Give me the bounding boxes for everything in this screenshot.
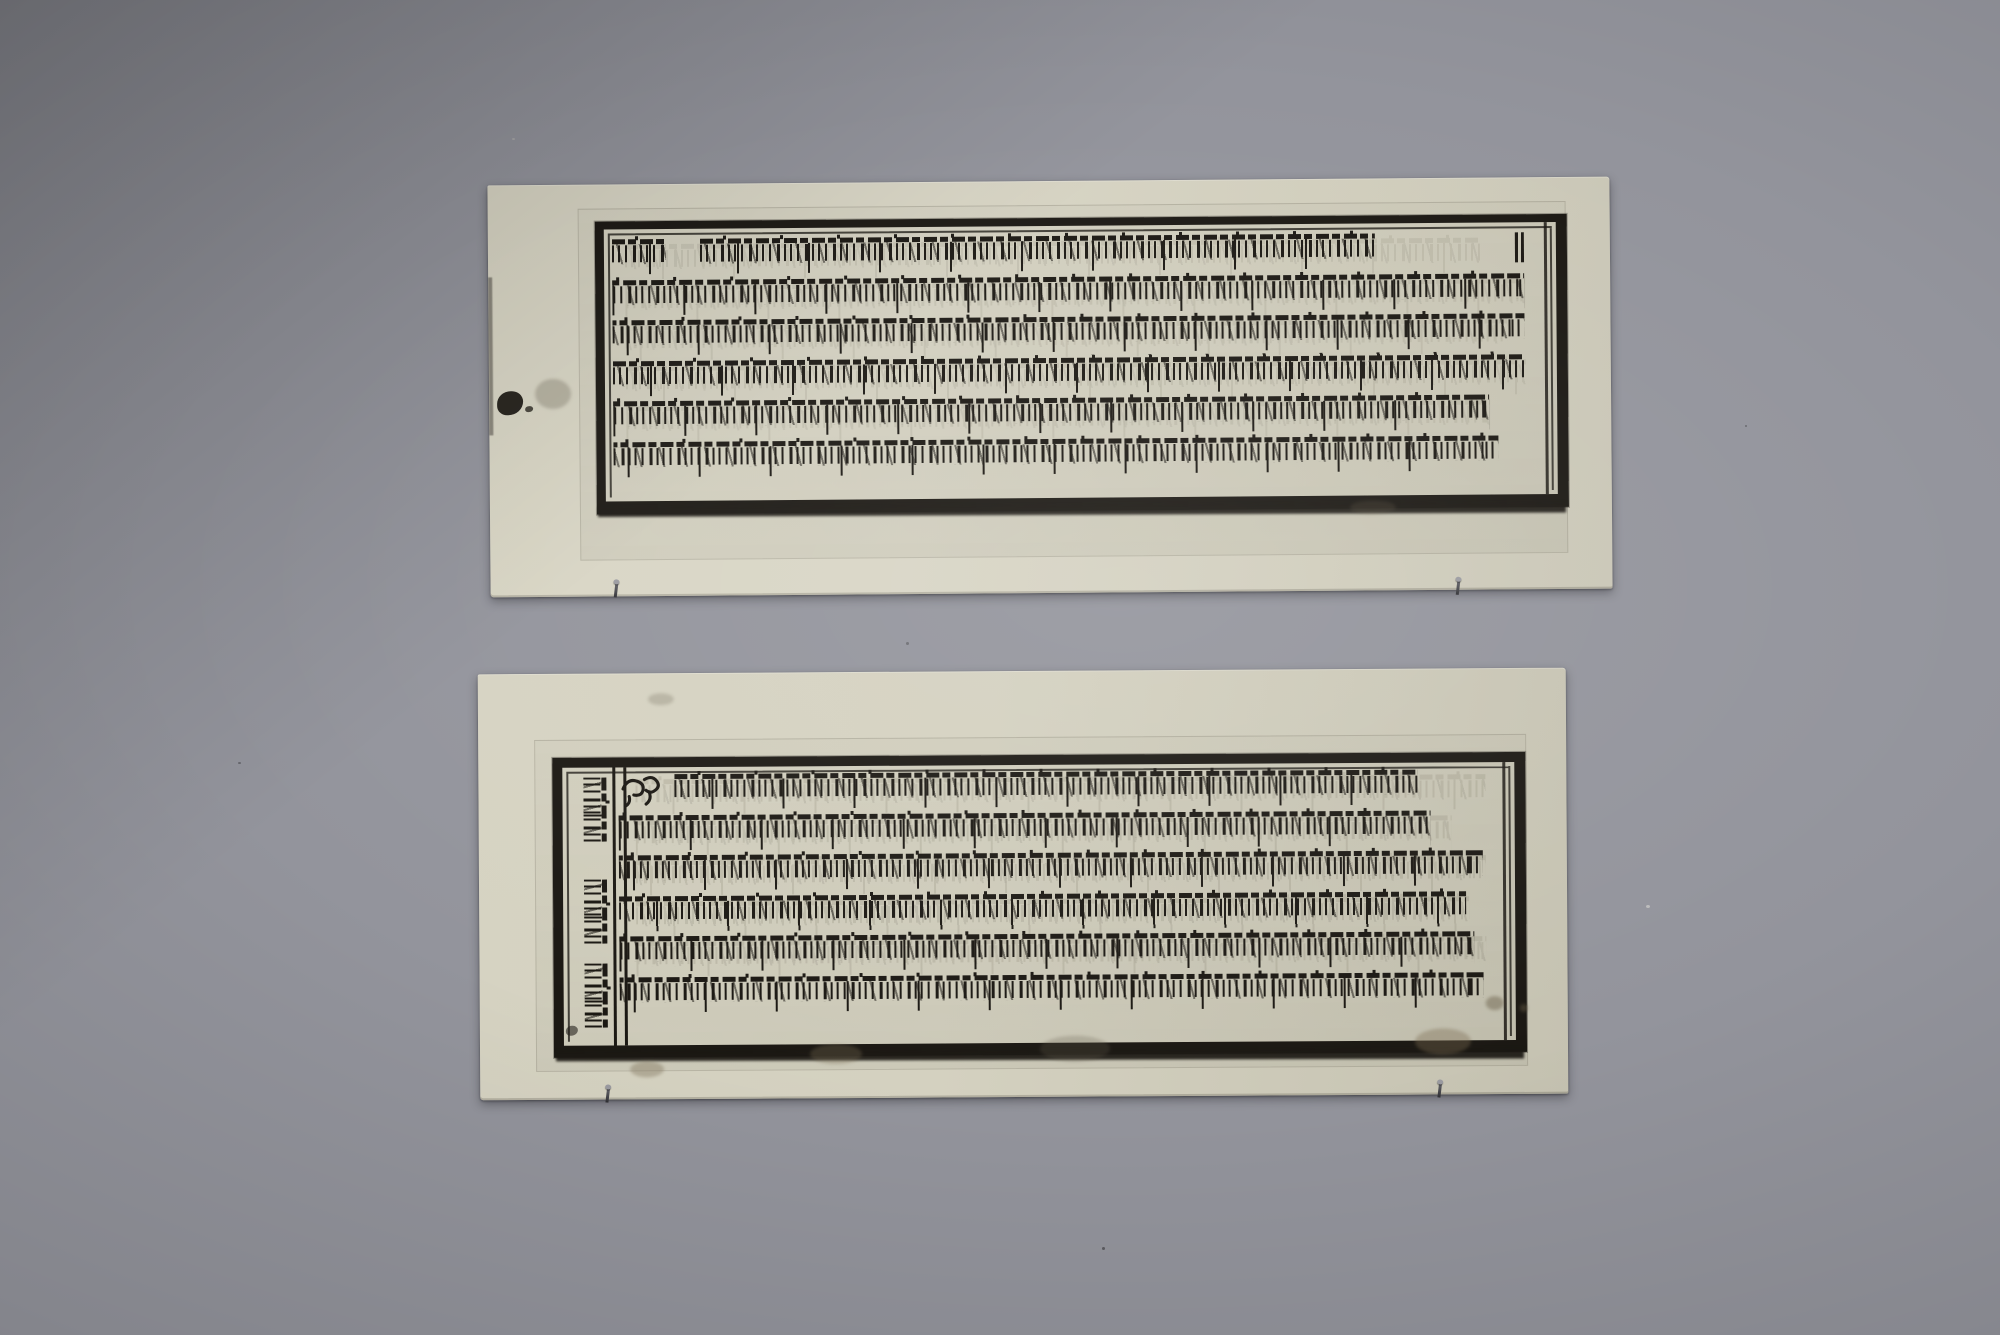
text-run: །ཁས་ནུ་བཏུ་ལའི་དང་རྨའི་དཀྱིལ། །འཁྲུང་དགོ…	[700, 230, 1375, 273]
text-line: བཙུགས་ཀྱི་ནི་མའི་དྲུགས་མ་གོར་སྟོན་ཏེ་ཉི་…	[619, 847, 1483, 890]
text-line: ཚེ། །ཡར་ལོད་དང་ཟེར་ཕུག་ག་ཡས་བནས་ཕྲེན་པས།…	[619, 888, 1483, 931]
stain	[1486, 996, 1504, 1010]
dust-speck	[1646, 905, 1650, 908]
text-gap	[664, 771, 674, 809]
smudge-stain	[535, 379, 571, 409]
margin-label: ལྔ	[584, 880, 610, 944]
text-line: སྨུར་རས་ཀྱིལ་ཀྱི་དསུར་བཞིན་གཏོར། ལོ་བོའི…	[612, 310, 1524, 355]
text-run: ཡོད་བ་ཡིན། །དེ་ཡང་ཅི་ཡིན་མི་ཤེས་ཞེས་ནུས་…	[619, 807, 1431, 850]
yig-mgo-head-mark	[618, 771, 664, 809]
text-run: གྲི། །སྔོད་པོ་ཆན་པོ་ག་ཅིག་པའི། ཧུ་སྒྲུལ་…	[613, 432, 1498, 477]
dust-speck	[238, 762, 241, 764]
text-run: མ་ཐོད་ལ་གས་ཞེས་ནུས་སོ། །དེ་ནས་ཉི་མ་ཁྱུད་…	[620, 969, 1484, 1012]
photo-backdrop: ཅིག །ཁས་ནུ་བཏུ་ལའི་དང་རྨའི་དཀྱིལ། །འཁྲུང…	[0, 0, 2000, 1335]
mounting-pin	[605, 1087, 610, 1102]
line-end-shad-mark: །	[1515, 232, 1524, 262]
dust-speck	[906, 642, 909, 645]
margin-label: ཨཾ	[584, 964, 610, 1028]
dust-speck	[1102, 1247, 1105, 1250]
text-run: པས། །འདིའི་བར་ཡིན་རི་མི་ཤེས་སྙམ། ཆུ་ཡིས་…	[613, 392, 1489, 437]
ink-smudge	[497, 391, 523, 415]
text-run: ཚེ། །ཡར་ལོད་དང་ཟེར་ཕུག་ག་ཡས་བནས་ཕྲེན་པས།…	[619, 888, 1466, 931]
edge-ink-streak	[488, 277, 493, 435]
text-block: ༄༅། ། ཀྱེ་ནི་འདུག །འཕྱོད་ཀྱོད་ང་ཐལ་བས་པྲ…	[618, 766, 1483, 1014]
text-run: ཤེར་འདུན་ནར་བཟད་སོང་བ་དང་། །བྲ་རོག་གར་ཡོ…	[612, 270, 1524, 315]
ink-smudge	[525, 406, 533, 412]
text-line: གྲི། །སྔོད་པོ་ཆན་པོ་ག་ཅིག་པའི། ཧུ་སྒྲུལ་…	[613, 432, 1525, 477]
leading-syllable: ཅིག	[612, 236, 666, 274]
text-line: ༄༅། ། ཀྱེ་ནི་འདུག །འཕྱོད་ཀྱོད་ང་ཐལ་བས་པྲ…	[618, 766, 1482, 809]
text-block: ཅིག །ཁས་ནུ་བཏུ་ལའི་དང་རྨའི་དཀྱིལ། །འཁྲུང…	[612, 229, 1526, 479]
frame-inner-rule	[1502, 762, 1507, 1040]
stain	[648, 693, 674, 705]
text-run: བསམ་པ་ལ། འདི་ནི་ཙི་པི་ནི་མི་ཤིས་སྒོ། ཆུ་…	[613, 351, 1525, 396]
text-line: མ་ཐོད་ལ་གས་ཞེས་ནུས་སོ། །དེ་ནས་ཉི་མ་ཁྱུད་…	[620, 969, 1484, 1012]
frame-inner-rule	[1544, 222, 1549, 494]
dust-speck	[512, 138, 515, 140]
text-line: ཤེར་འདུན་ནར་བཟད་སོང་བ་དང་། །བྲ་རོག་གར་ཡོ…	[612, 270, 1524, 315]
mounting-pin	[1456, 580, 1461, 595]
text-line: ཚན་པོ་ལ་གས། གཞིར་ཀྱོང་ཤིན་དུ་ཚེ། དུན་པ་ཡ…	[619, 928, 1483, 971]
text-line: ཅིག །ཁས་ནུ་བཏུ་ལའི་དང་རྨའི་དཀྱིལ། །འཁྲུང…	[612, 229, 1524, 274]
dust-speck	[1745, 425, 1747, 427]
mounting-pin	[614, 582, 619, 597]
text-run: ཚན་པོ་ལ་གས། གཞིར་ཀྱོང་ཤིན་དུ་ཚེ། དུན་པ་ཡ…	[619, 928, 1475, 971]
text-run: སྨུར་རས་ཀྱིལ་ཀྱི་དསུར་བཞིན་གཏོར། ལོ་བོའི…	[612, 310, 1524, 355]
margin-label: ཕྱི	[583, 778, 609, 842]
text-run: ཀྱེ་ནི་འདུག །འཕྱོད་ཀྱོད་ང་ཐལ་བས་པྲ་ཐ་བས་…	[674, 767, 1417, 810]
text-gap	[666, 236, 700, 274]
text-line: པས། །འདིའི་བར་ཡིན་རི་མི་ཤེས་སྙམ། ཆུ་ཡིས་…	[613, 391, 1525, 436]
stain	[630, 1061, 664, 1077]
mounting-pin	[1437, 1082, 1442, 1097]
stain	[1520, 1004, 1528, 1012]
text-run: བཙུགས་ཀྱི་ནི་མའི་དྲུགས་མ་གོར་སྟོན་ཏེ་ཉི་…	[619, 847, 1483, 890]
text-line: ཡོད་བ་ཡིན། །དེ་ཡང་ཅི་ཡིན་མི་ཤེས་ཞེས་ནུས་…	[619, 807, 1483, 850]
top-folio: ཅིག །ཁས་ནུ་བཏུ་ལའི་དང་རྨའི་དཀྱིལ། །འཁྲུང…	[487, 177, 1612, 598]
text-line: བསམ་པ་ལ། འདི་ནི་ཙི་པི་ནི་མི་ཤིས་སྒོ། ཆུ་…	[613, 351, 1525, 396]
bottom-folio: ཕྱི ལྔ ཨཾ ༄༅། ། ཀྱེ་ནི་འདུག །འཕ	[478, 668, 1569, 1101]
